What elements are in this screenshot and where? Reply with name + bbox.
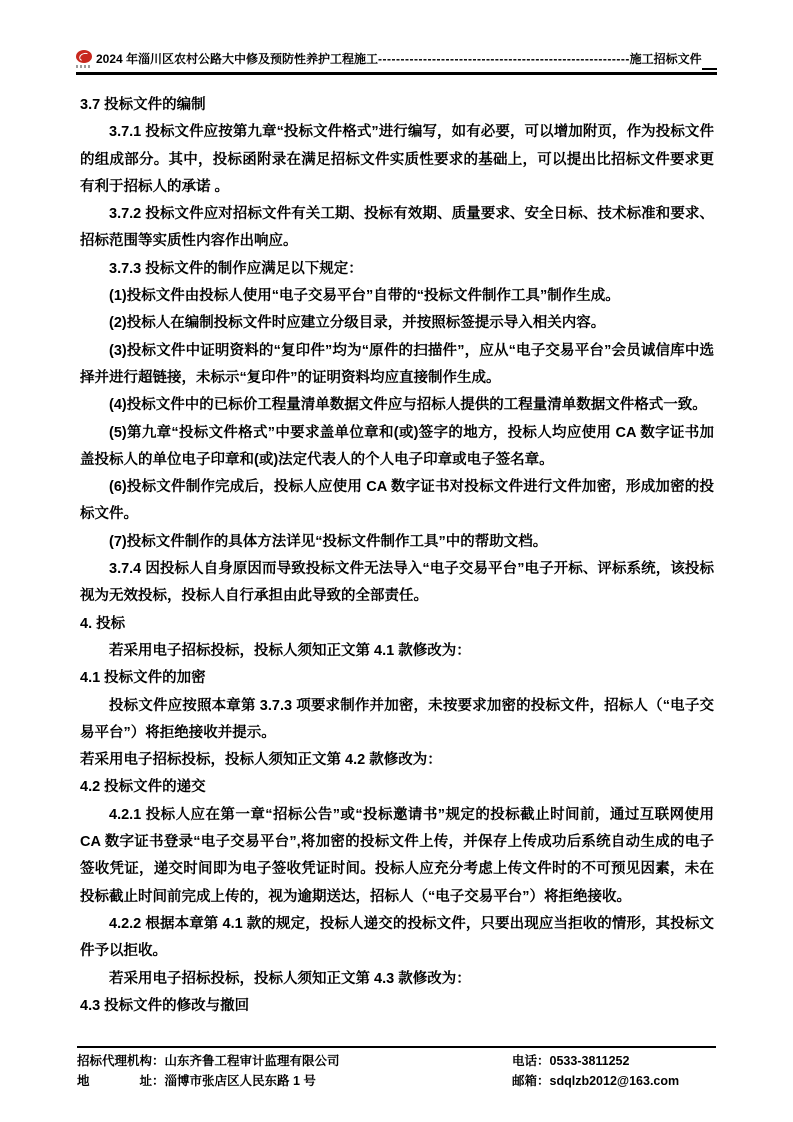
logo-caption: [76, 65, 91, 68]
section-heading: 4. 投标: [80, 611, 714, 638]
footer-row: 地 址：淄博市张店区人民东路 1 号 邮箱：sdqlzb2012@163.com: [77, 1071, 716, 1091]
page-footer: 招标代理机构：山东齐鲁工程审计监理有限公司 电话：0533-3811252 地 …: [77, 1046, 716, 1091]
paragraph: 若采用电子招标投标，投标人须知正文第 4.2 款修改为：: [80, 747, 714, 774]
paragraph: 4.2.1 投标人应在第一章“招标公告”或“投标邀请书”规定的投标截止时间前，通…: [80, 802, 714, 911]
paragraph: 3.7.2 投标文件应对招标文件有关工期、投标有效期、质量要求、安全日标、技术标…: [80, 201, 714, 256]
paragraph: (6)投标文件制作完成后，投标人应使用 CA 数字证书对投标文件进行文件加密，形…: [80, 474, 714, 529]
company-seal-icon: [76, 50, 94, 70]
email-line: 邮箱：sdqlzb2012@163.com: [512, 1071, 716, 1091]
agency-value: 山东齐鲁工程审计监理有限公司: [165, 1054, 340, 1068]
paragraph: 3.7.4 因投标人自身原因而导致投标文件无法导入“电子交易平台”电子开标、评标…: [80, 556, 714, 611]
address-value: 淄博市张店区人民东路 1 号: [165, 1074, 316, 1088]
header-rule: [76, 72, 717, 75]
page-header: 2024 年淄川区农村公路大中修及预防性养护工程施工 -------------…: [76, 50, 717, 75]
paragraph: (2)投标人在编制投标文件时应建立分级目录，并按照标签提示导入相关内容。: [80, 310, 714, 337]
section-heading: 3.7 投标文件的编制: [80, 92, 714, 119]
section-heading: 4.3 投标文件的修改与撤回: [80, 993, 714, 1020]
paragraph: 若采用电子招标投标，投标人须知正文第 4.1 款修改为：: [80, 638, 714, 665]
phone-label: 电话：: [512, 1054, 550, 1068]
paragraph: (5)第九章“投标文件格式”中要求盖单位章和(或)签字的地方，投标人均应使用 C…: [80, 420, 714, 475]
paragraph: 若采用电子招标投标，投标人须知正文第 4.3 款修改为：: [80, 966, 714, 993]
header-title-right: 施工招标文件: [630, 50, 702, 68]
paragraph: 4.2.2 根据本章第 4.1 款的规定，投标人递交的投标文件，只要出现应当拒收…: [80, 911, 714, 966]
paragraph: 3.7.1 投标文件应按第九章“投标文件格式”进行编写，如有必要，可以增加附页，…: [80, 119, 714, 201]
paragraph: (7)投标文件制作的具体方法详见“投标文件制作工具”中的帮助文档。: [80, 529, 714, 556]
paragraph: (1)投标文件由投标人使用“电子交易平台”自带的“投标文件制作工具”制作生成。: [80, 283, 714, 310]
section-heading: 4.2 投标文件的递交: [80, 774, 714, 801]
paragraph: 3.7.3 投标文件的制作应满足以下规定：: [80, 256, 714, 283]
footer-row: 招标代理机构：山东齐鲁工程审计监理有限公司 电话：0533-3811252: [77, 1051, 716, 1071]
email-label: 邮箱：: [512, 1074, 550, 1088]
document-page: 2024 年淄川区农村公路大中修及预防性养护工程施工 -------------…: [0, 0, 793, 1122]
header-underline-stub: [702, 50, 717, 70]
address-label: 地 址：: [77, 1074, 165, 1088]
header-line: 2024 年淄川区农村公路大中修及预防性养护工程施工 -------------…: [76, 50, 717, 70]
section-heading: 4.1 投标文件的加密: [80, 665, 714, 692]
email-value: sdqlzb2012@163.com: [550, 1074, 680, 1088]
header-title-left: 2024 年淄川区农村公路大中修及预防性养护工程施工: [96, 50, 378, 68]
paragraph: (3)投标文件中证明资料的“复印件”均为“原件的扫描件”，应从“电子交易平台”会…: [80, 338, 714, 393]
document-body: 3.7 投标文件的编制3.7.1 投标文件应按第九章“投标文件格式”进行编写，如…: [80, 92, 714, 1020]
paragraph: 投标文件应按照本章第 3.7.3 项要求制作并加密，未按要求加密的投标文件，招标…: [80, 693, 714, 748]
phone-line: 电话：0533-3811252: [512, 1051, 716, 1071]
header-dashes: ----------------------------------------…: [378, 50, 630, 68]
paragraph: (4)投标文件中的已标价工程量清单数据文件应与招标人提供的工程量清单数据文件格式…: [80, 392, 714, 419]
red-seal-icon: [76, 50, 92, 63]
agency-line: 招标代理机构：山东齐鲁工程审计监理有限公司: [77, 1051, 512, 1071]
agency-label: 招标代理机构：: [77, 1054, 165, 1068]
phone-value: 0533-3811252: [550, 1054, 630, 1068]
address-line: 地 址：淄博市张店区人民东路 1 号: [77, 1071, 512, 1091]
